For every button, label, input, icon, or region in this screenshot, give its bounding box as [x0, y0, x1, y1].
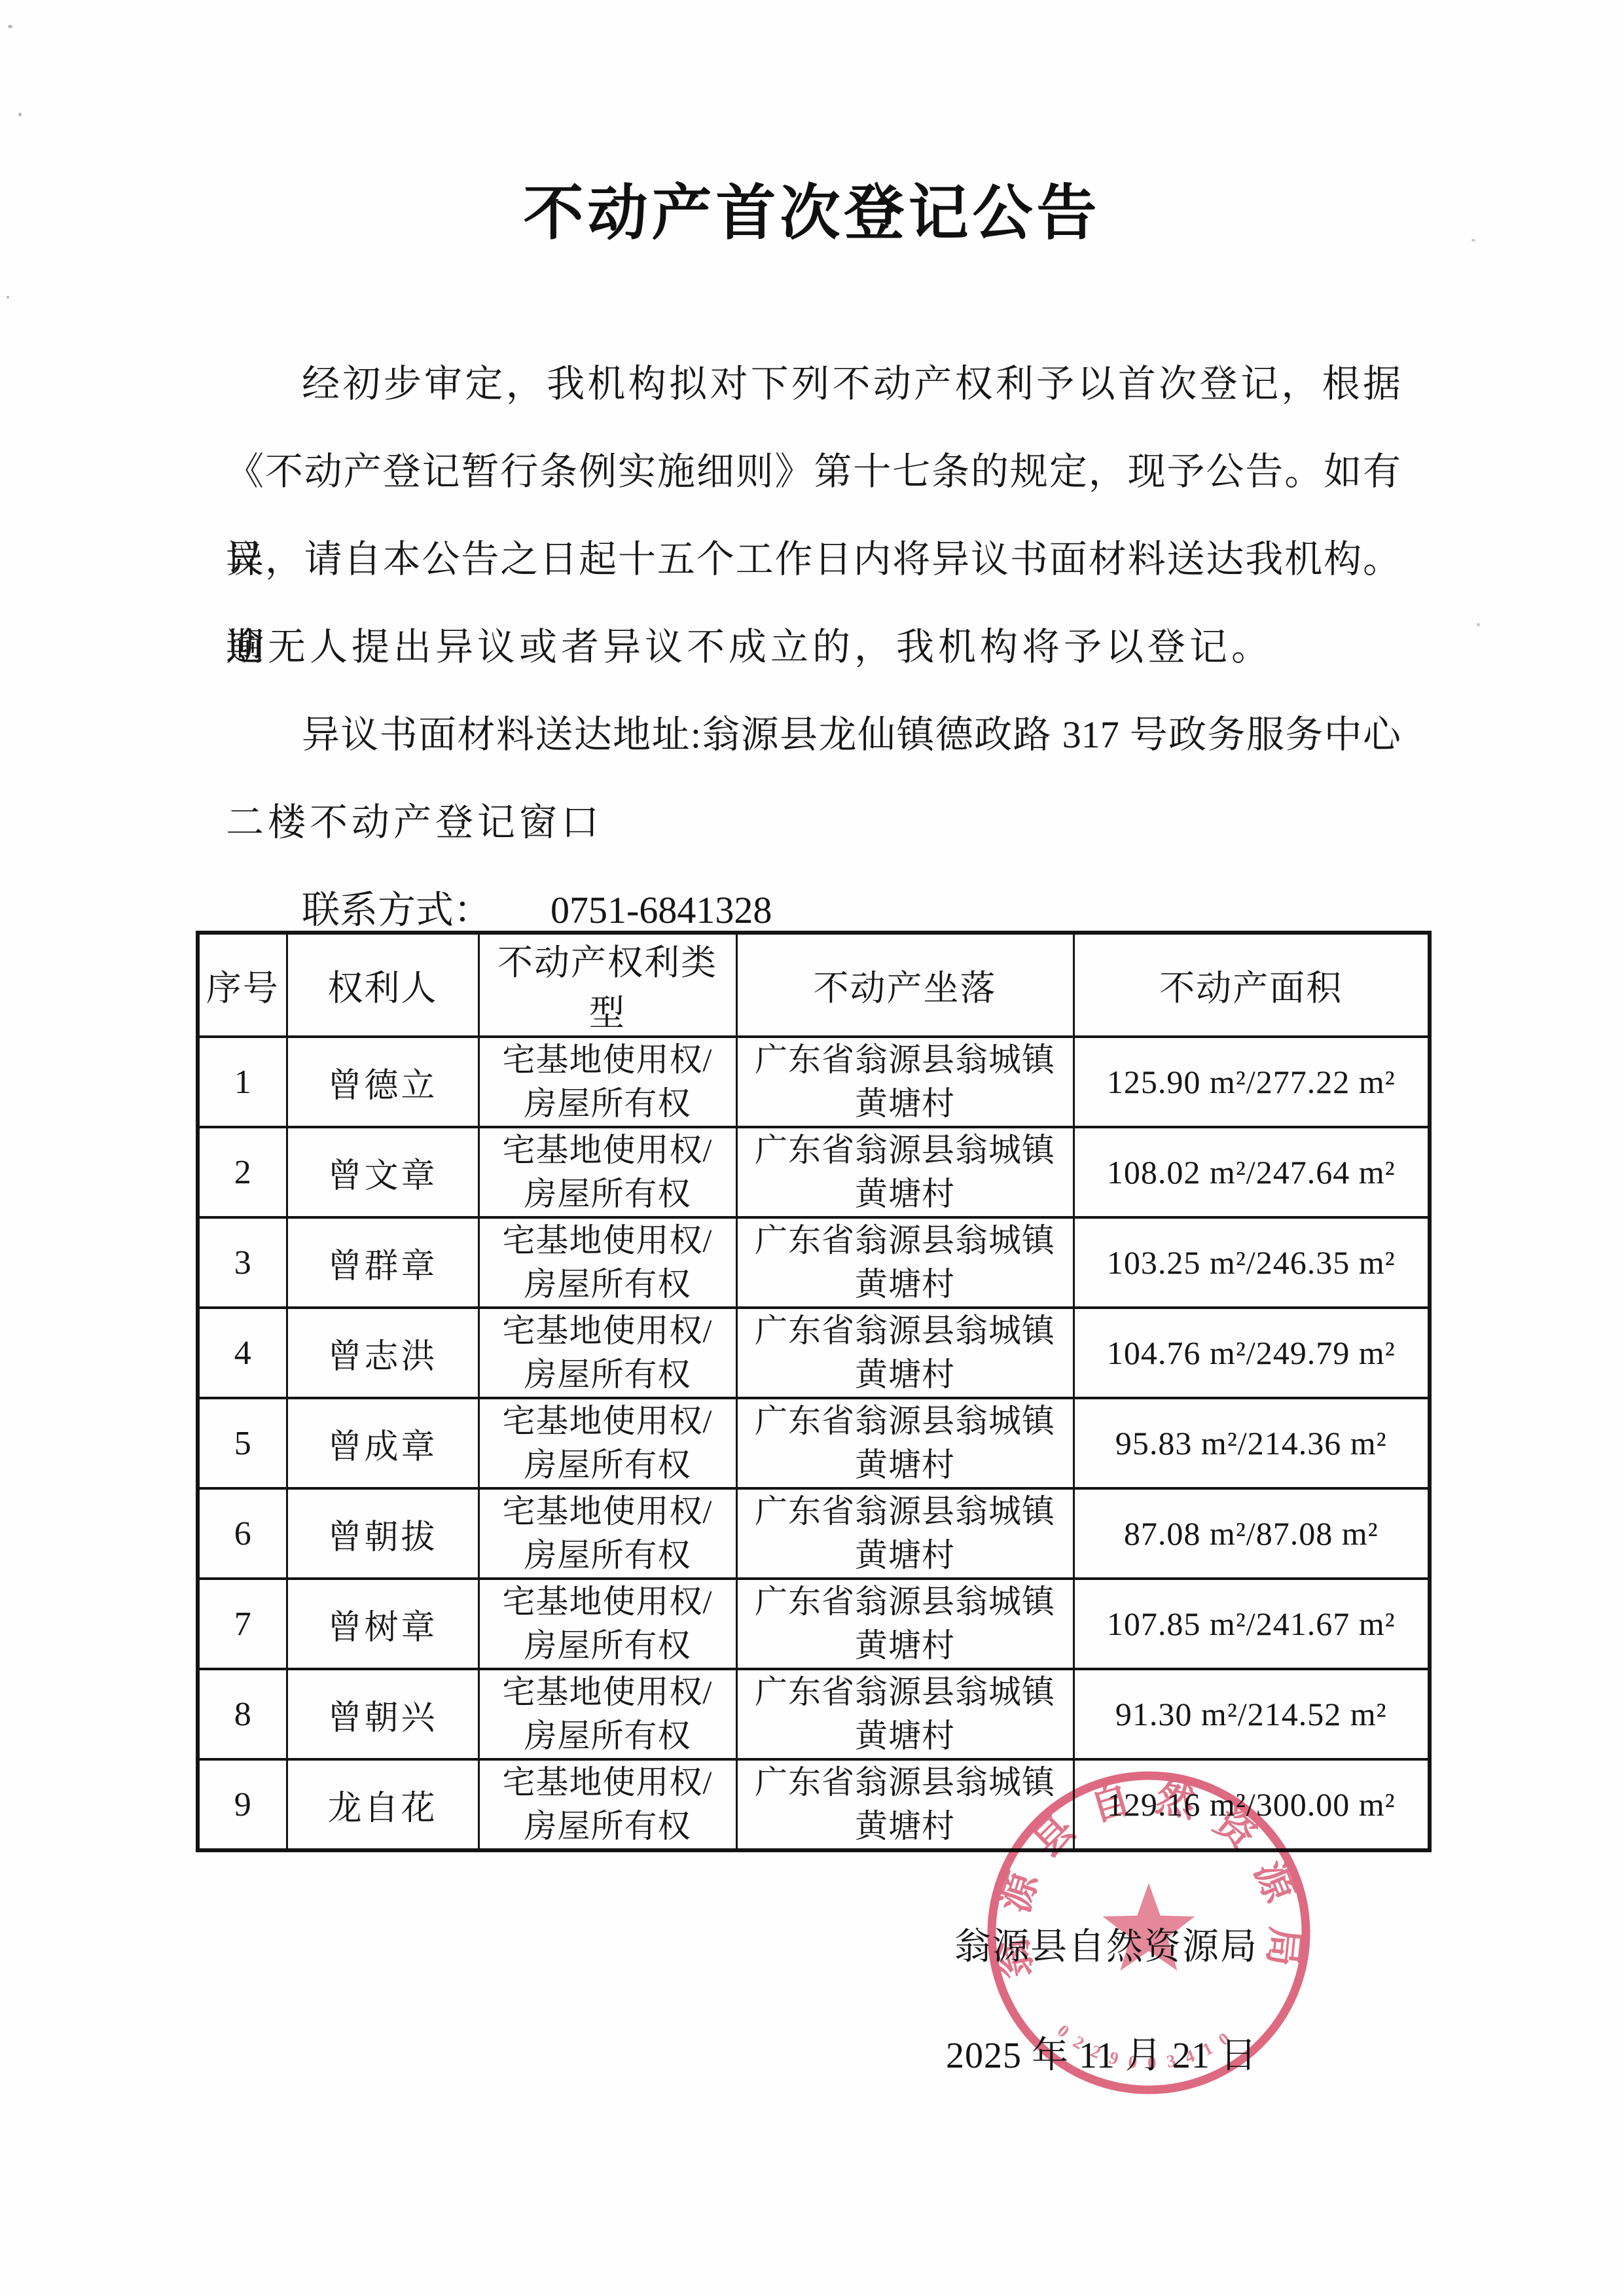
row-no: 7 — [198, 1579, 287, 1669]
table-header-row: 序号 权利人 不动产权利类型 不动产坐落 不动产面积 — [198, 933, 1430, 1037]
row-no: 4 — [198, 1308, 287, 1398]
row-area: 95.83 m²/214.36 m² — [1074, 1398, 1430, 1488]
contact-label: 联系方式： — [302, 889, 492, 931]
body-line-2: 《不动产登记暂行条例实施细则》第十七条的规定，现予公告。如有异 — [226, 428, 1401, 516]
row-location: 广东省翁源县翁城镇黄塘村 — [736, 1308, 1074, 1398]
row-location: 广东省翁源县翁城镇黄塘村 — [736, 1669, 1074, 1759]
row-no: 6 — [198, 1488, 287, 1579]
registration-table: 序号 权利人 不动产权利类型 不动产坐落 不动产面积 1 曾德立 宅基地使用权/… — [196, 931, 1432, 1852]
row-owner: 曾树章 — [287, 1579, 478, 1669]
row-area: 91.30 m²/214.52 m² — [1074, 1669, 1430, 1759]
row-right-type: 宅基地使用权/房屋所有权 — [478, 1398, 736, 1488]
body-line-4: 期无人提出异议或者异议不成立的，我机构将予以登记。 — [226, 603, 1401, 691]
body-line-1: 经初步审定，我机构拟对下列不动产权利予以首次登记，根据 — [226, 340, 1401, 428]
table-row: 5 曾成章 宅基地使用权/房屋所有权 广东省翁源县翁城镇黄塘村 95.83 m²… — [198, 1398, 1430, 1488]
body-line-5: 异议书面材料送达地址:翁源县龙仙镇德政路 317 号政务服务中心 — [226, 691, 1401, 779]
table-row: 6 曾朝拔 宅基地使用权/房屋所有权 广东省翁源县翁城镇黄塘村 87.08 m²… — [198, 1488, 1430, 1579]
issue-date: 2025 年 11 月 21 日 — [946, 2026, 1257, 2079]
scan-speck — [18, 113, 22, 117]
table-row: 8 曾朝兴 宅基地使用权/房屋所有权 广东省翁源县翁城镇黄塘村 91.30 m²… — [198, 1669, 1430, 1759]
row-area: 103.25 m²/246.35 m² — [1074, 1217, 1430, 1308]
row-area: 104.76 m²/249.79 m² — [1074, 1308, 1430, 1398]
table-row: 2 曾文章 宅基地使用权/房屋所有权 广东省翁源县翁城镇黄塘村 108.02 m… — [198, 1127, 1430, 1217]
row-owner: 曾成章 — [287, 1398, 478, 1488]
row-no: 2 — [198, 1127, 287, 1217]
table-row: 1 曾德立 宅基地使用权/房屋所有权 广东省翁源县翁城镇黄塘村 125.90 m… — [198, 1037, 1430, 1127]
header-location: 不动产坐落 — [736, 933, 1074, 1037]
row-owner: 曾志洪 — [287, 1308, 478, 1398]
row-location: 广东省翁源县翁城镇黄塘村 — [736, 1127, 1074, 1217]
row-location: 广东省翁源县翁城镇黄塘村 — [736, 1217, 1074, 1308]
row-owner: 曾朝兴 — [287, 1669, 478, 1759]
issuing-agency: 翁源县自然资源局 — [954, 1918, 1258, 1970]
row-location: 广东省翁源县翁城镇黄塘村 — [736, 1037, 1074, 1127]
scan-speck — [7, 296, 9, 298]
row-owner: 曾群章 — [287, 1217, 478, 1308]
header-no: 序号 — [198, 933, 287, 1037]
header-area: 不动产面积 — [1074, 933, 1430, 1037]
contact-phone: 0751-6841328 — [550, 889, 772, 931]
scan-speck — [1477, 623, 1480, 626]
row-right-type: 宅基地使用权/房屋所有权 — [478, 1759, 736, 1850]
announcement-body: 经初步审定，我机构拟对下列不动产权利予以首次登记，根据 《不动产登记暂行条例实施… — [226, 340, 1401, 954]
row-right-type: 宅基地使用权/房屋所有权 — [478, 1308, 736, 1398]
row-owner: 曾文章 — [287, 1127, 478, 1217]
header-right-type: 不动产权利类型 — [478, 933, 736, 1037]
row-no: 3 — [198, 1217, 287, 1308]
body-line-6: 二楼不动产登记窗口 — [226, 779, 1401, 867]
row-owner: 龙自花 — [287, 1759, 478, 1850]
row-right-type: 宅基地使用权/房屋所有权 — [478, 1127, 736, 1217]
body-line-3: 议，请自本公告之日起十五个工作日内将异议书面材料送达我机构。逾 — [226, 516, 1401, 603]
row-no: 5 — [198, 1398, 287, 1488]
row-location: 广东省翁源县翁城镇黄塘村 — [736, 1398, 1074, 1488]
row-no: 1 — [198, 1037, 287, 1127]
row-location: 广东省翁源县翁城镇黄塘村 — [736, 1488, 1074, 1579]
row-owner: 曾朝拔 — [287, 1488, 478, 1579]
table-row: 4 曾志洪 宅基地使用权/房屋所有权 广东省翁源县翁城镇黄塘村 104.76 m… — [198, 1308, 1430, 1398]
table-row: 3 曾群章 宅基地使用权/房屋所有权 广东省翁源县翁城镇黄塘村 103.25 m… — [198, 1217, 1430, 1308]
row-right-type: 宅基地使用权/房屋所有权 — [478, 1037, 736, 1127]
row-area: 125.90 m²/277.22 m² — [1074, 1037, 1430, 1127]
row-area: 87.08 m²/87.08 m² — [1074, 1488, 1430, 1579]
row-right-type: 宅基地使用权/房屋所有权 — [478, 1217, 736, 1308]
row-no: 9 — [198, 1759, 287, 1850]
document-page: 不动产首次登记公告 经初步审定，我机构拟对下列不动产权利予以首次登记，根据 《不… — [0, 0, 1624, 2296]
row-right-type: 宅基地使用权/房屋所有权 — [478, 1579, 736, 1669]
row-area: 107.85 m²/241.67 m² — [1074, 1579, 1430, 1669]
table-row: 7 曾树章 宅基地使用权/房屋所有权 广东省翁源县翁城镇黄塘村 107.85 m… — [198, 1579, 1430, 1669]
row-location: 广东省翁源县翁城镇黄塘村 — [736, 1579, 1074, 1669]
row-right-type: 宅基地使用权/房屋所有权 — [478, 1488, 736, 1579]
row-right-type: 宅基地使用权/房屋所有权 — [478, 1669, 736, 1759]
page-title: 不动产首次登记公告 — [0, 165, 1624, 251]
row-owner: 曾德立 — [287, 1037, 478, 1127]
row-area: 108.02 m²/247.64 m² — [1074, 1127, 1430, 1217]
row-no: 8 — [198, 1669, 287, 1759]
header-owner: 权利人 — [287, 933, 478, 1037]
scan-speck — [8, 25, 12, 28]
